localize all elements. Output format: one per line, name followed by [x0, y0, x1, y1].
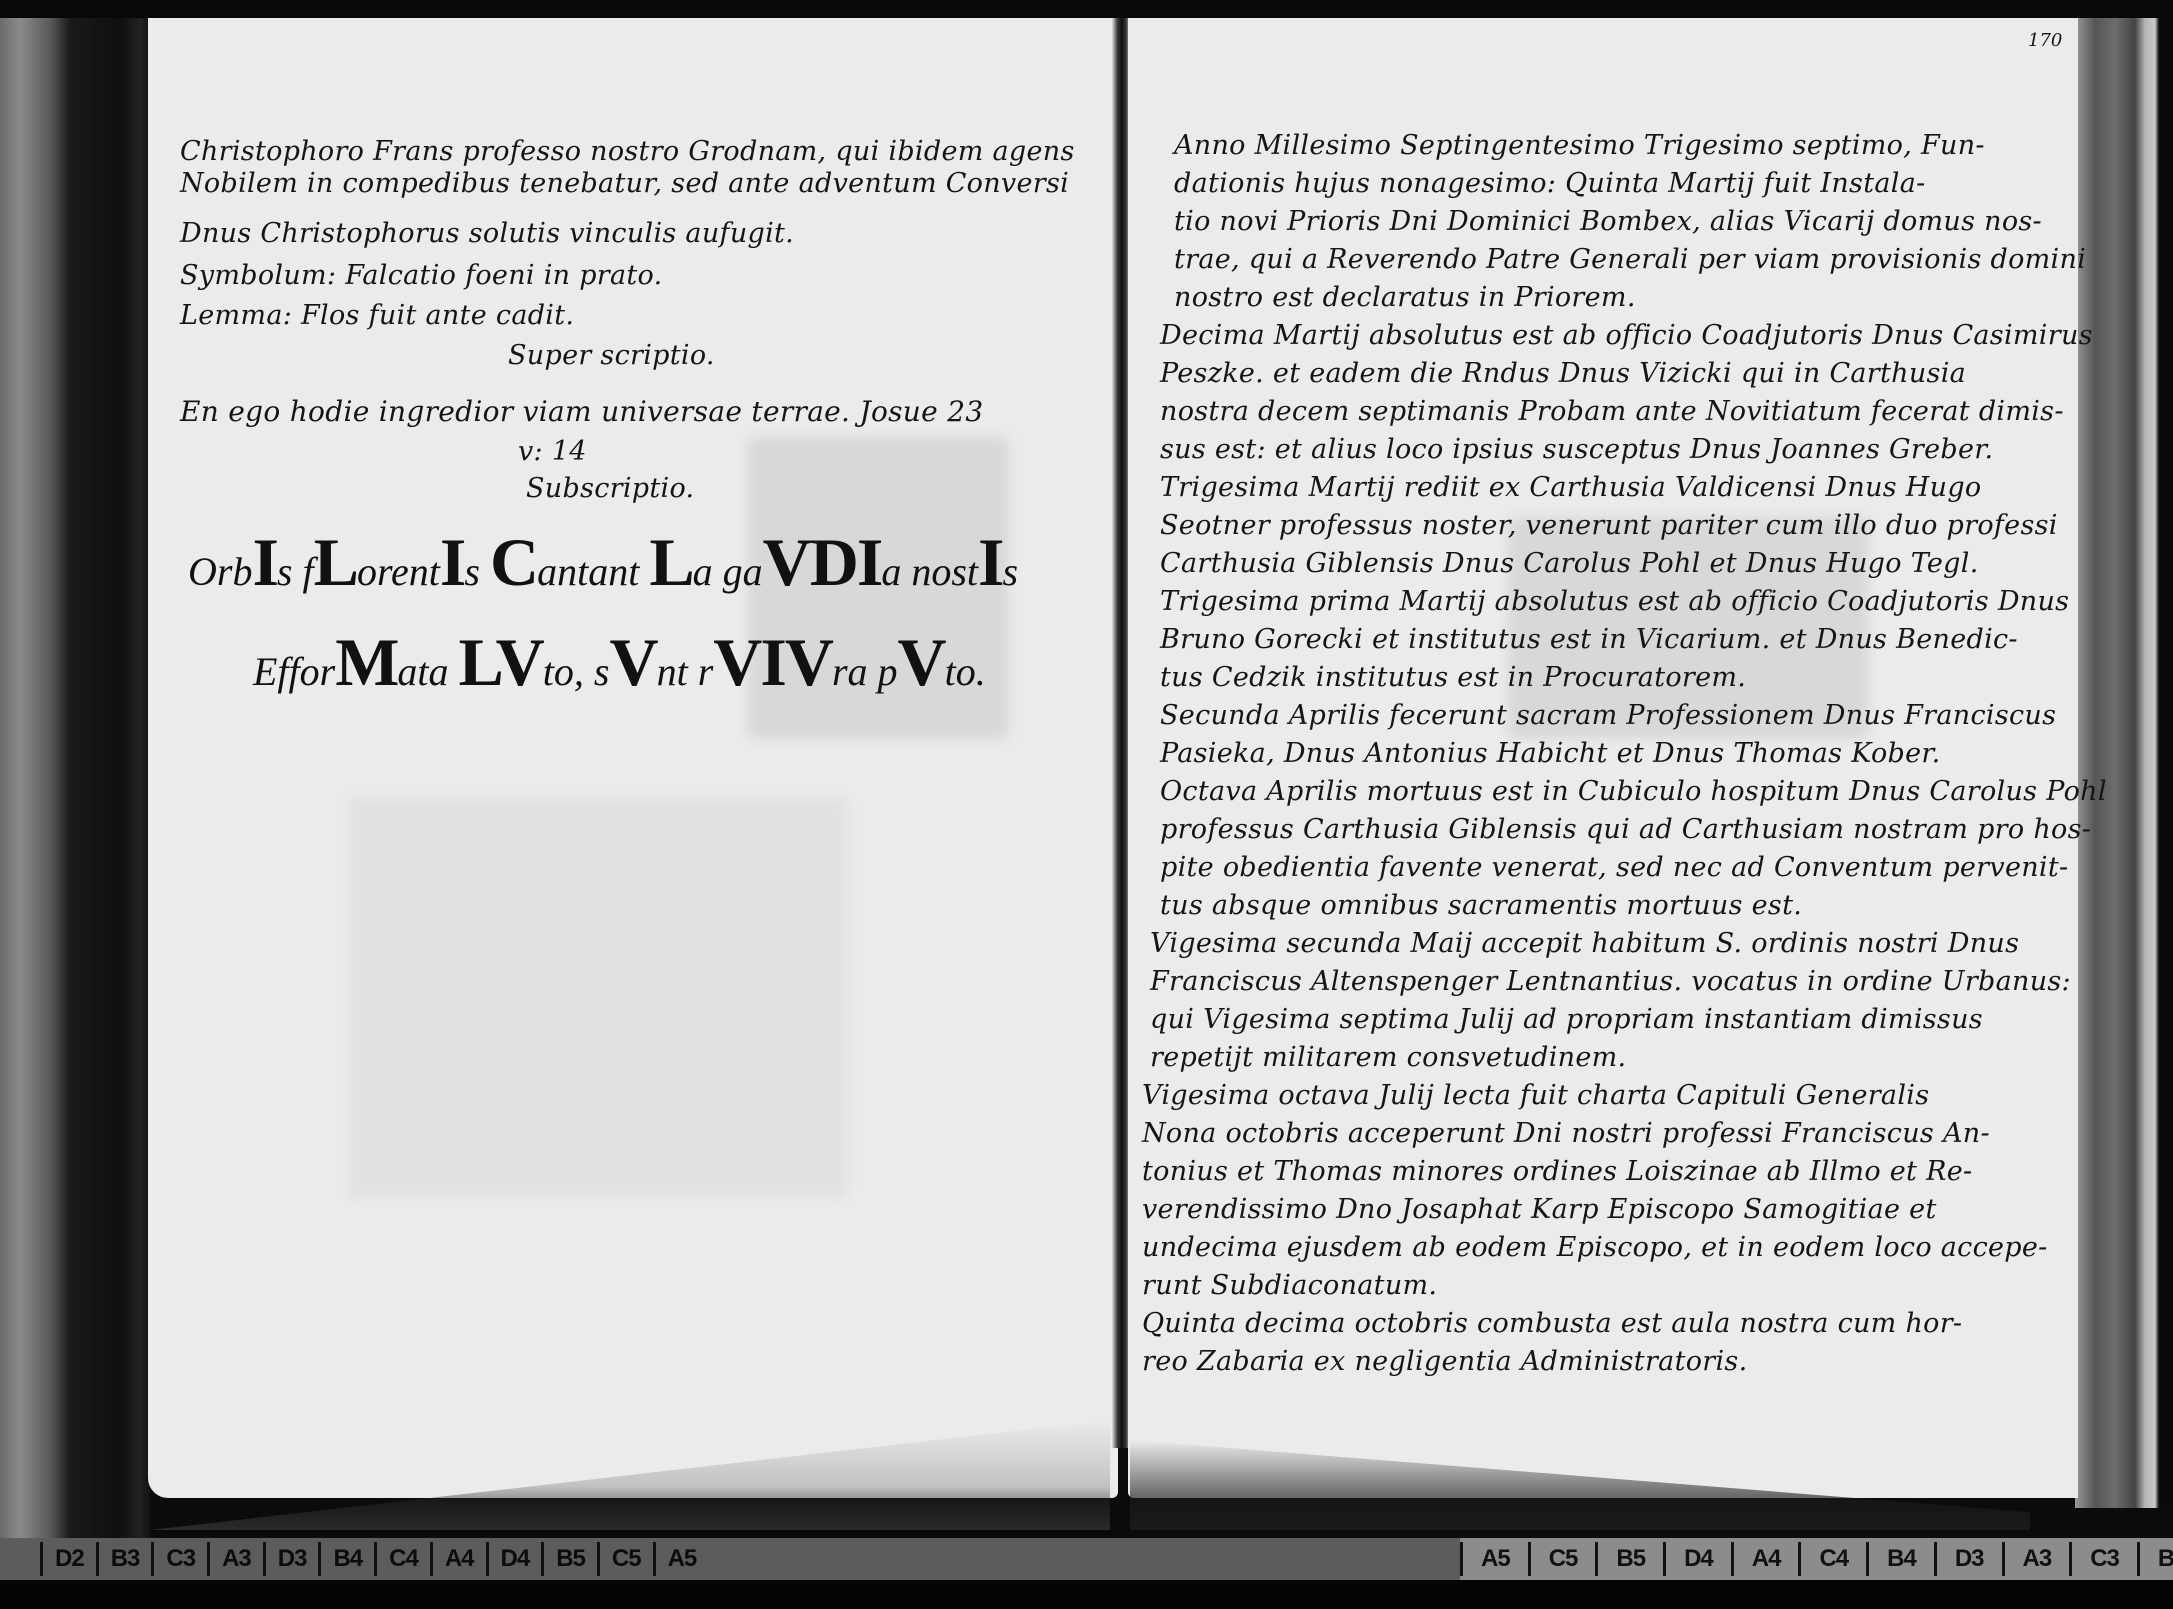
right-text-line: tio novi Prioris Dni Dominici Bombex, al… — [1174, 206, 2042, 238]
chronogram-letters: antant — [537, 549, 649, 594]
color-bar-patch-label: B4 — [1866, 1542, 1934, 1576]
scanner-top-border — [0, 0, 2173, 18]
superscriptio-text: En ego hodie ingredior viam universae te… — [180, 396, 983, 428]
right-text-line: undecima ejusdem ab eodem Episcopo, et i… — [1142, 1232, 2048, 1264]
chronogram-letters: ra p — [832, 649, 898, 694]
right-text-line: tus absque omnibus sacramentis mortuus e… — [1160, 890, 1802, 922]
right-text-line: runt Subdiaconatum. — [1142, 1270, 1437, 1302]
right-text-line: nostro est declaratus in Priorem. — [1174, 282, 1636, 314]
chronogram-letters: to. — [945, 649, 986, 694]
right-text-line: Carthusia Giblensis Dnus Carolus Pohl et… — [1160, 548, 1979, 580]
right-text-line: qui Vigesima septima Julij ad propriam i… — [1150, 1004, 1983, 1036]
right-text-line: tonius et Thomas minores ordines Loiszin… — [1142, 1156, 1972, 1188]
color-bar-patch-label: B5 — [541, 1542, 597, 1576]
color-bar-labels-right: A5C5B5D4A4C4B4D3A3C3B3D2A — [1460, 1538, 2173, 1580]
right-text-line: verendissimo Dno Josaphat Karp Episcopo … — [1142, 1194, 1937, 1226]
right-text-line: Franciscus Altenspenger Lentnantius. voc… — [1150, 966, 2071, 998]
chronogram-letters: a ga — [693, 549, 763, 594]
right-text-line: Trigesima prima Martij absolutus est ab … — [1160, 586, 2069, 618]
color-bar-patch-label: A4 — [430, 1542, 486, 1576]
right-text-line: professus Carthusia Giblensis qui ad Car… — [1160, 814, 2091, 846]
color-bar-patch-label: C3 — [151, 1542, 207, 1576]
right-text-line: trae, qui a Reverendo Patre Generali per… — [1174, 244, 2086, 276]
right-text-line: reo Zabaria ex negligentia Administrator… — [1142, 1346, 1747, 1378]
book-fore-edge-left — [0, 18, 150, 1538]
right-text-line: dationis hujus nonagesimo: Quinta Martij… — [1174, 168, 1926, 200]
scanner-bottom-border — [0, 1580, 2173, 1609]
right-text-line: Trigesima Martij rediit ex Carthusia Val… — [1160, 472, 1981, 504]
color-bar-patch-label: C5 — [1528, 1542, 1596, 1576]
color-bar-patch-label: B4 — [318, 1542, 374, 1576]
chronogram-letters: s — [464, 549, 490, 594]
right-text-line: tus Cedzik institutus est in Procuratore… — [1160, 662, 1746, 694]
color-bar-patch-label: A3 — [207, 1542, 263, 1576]
right-text-line: sus est: et alius loco ipsius susceptus … — [1160, 434, 1993, 466]
color-bar-labels-left: D2B3C3A3D3B4C4A4D4B5C5A5 — [40, 1538, 708, 1580]
left-text-line-2: Nobilem in compedibus tenebatur, sed ant… — [180, 168, 1069, 200]
right-text-line: Vigesima secunda Maij accepit habitum S.… — [1150, 928, 2019, 960]
right-text-line: Vigesima octava Julij lecta fuit charta … — [1142, 1080, 1929, 1112]
color-bar-patch-label: A3 — [2002, 1542, 2070, 1576]
color-bar-patch-label: B3 — [2137, 1542, 2173, 1576]
right-text-line: pite obedientia favente venerat, sed nec… — [1160, 852, 2068, 884]
right-text-line: Secunda Aprilis fecerunt sacram Professi… — [1160, 700, 2056, 732]
right-text-line: repetijt militarem consvetudinem. — [1150, 1042, 1626, 1074]
color-bar-patch-label: A5 — [653, 1542, 709, 1576]
chronogram-numeral: M — [335, 624, 397, 700]
color-bar-patch-label: C4 — [1798, 1542, 1866, 1576]
subscriptio-heading: Subscriptio. — [526, 473, 694, 505]
chronogram-numeral: I — [440, 524, 464, 600]
color-bar-patch-label: A4 — [1731, 1542, 1799, 1576]
chronogram-numeral: I — [252, 524, 276, 600]
color-bar-patch-label: D4 — [1663, 1542, 1731, 1576]
right-text-line: Octava Aprilis mortuus est in Cubiculo h… — [1160, 776, 2107, 808]
chronogram-numeral: V — [609, 624, 656, 700]
chronogram-line-1: OrbIs fLorentIs Cantant La gaVDIa nostIs — [188, 523, 1018, 602]
right-text-line: Peszke. et eadem die Rndus Dnus Vizicki … — [1160, 358, 1966, 390]
chronogram-numeral: V — [898, 624, 945, 700]
right-text-line: Anno Millesimo Septingentesimo Trigesimo… — [1174, 130, 1985, 162]
verse-reference: v: 14 — [518, 436, 587, 468]
left-text-line-1: Christophoro Frans professo nostro Grodn… — [180, 136, 1075, 168]
right-text-line: Nona octobris acceperunt Dni nostri prof… — [1142, 1118, 1990, 1150]
chronogram-letters: to, s — [543, 649, 610, 694]
color-bar-patch-label: C4 — [374, 1542, 430, 1576]
book-fore-edge-right — [2075, 18, 2173, 1508]
color-bar-patch-label: B5 — [1595, 1542, 1663, 1576]
chronogram-numeral: VDI — [763, 524, 882, 600]
left-page: Christophoro Frans professo nostro Grodn… — [148, 18, 1118, 1498]
chronogram-letters: ata — [397, 649, 458, 694]
chronogram-numeral: VIV — [713, 624, 832, 700]
right-text-line: Bruno Gorecki et institutus est in Vicar… — [1160, 624, 2018, 656]
superscriptio-heading: Super scriptio. — [508, 340, 715, 372]
color-bar-patch-label: D3 — [263, 1542, 319, 1576]
folio-number: 170 — [2028, 30, 2062, 51]
color-bar-patch-label: A5 — [1460, 1542, 1528, 1576]
chronogram-numeral: L — [649, 524, 692, 600]
chronogram-numeral: LV — [459, 624, 543, 700]
color-bar-patch-label: C3 — [2069, 1542, 2137, 1576]
color-bar-patch-label: B3 — [96, 1542, 152, 1576]
chronogram-letters: a nost — [881, 549, 978, 594]
chronogram-letters: orent — [357, 549, 440, 594]
chronogram-numeral: I — [978, 524, 1002, 600]
chronogram-line-2: EfforMata LVto, sVnt rVIVra pVto. — [253, 623, 986, 702]
left-text-line-3: Dnus Christophorus solutis vinculis aufu… — [180, 218, 794, 250]
right-text-line: Seotner professus noster, venerunt parit… — [1160, 510, 2058, 542]
chronogram-letters: nt r — [657, 649, 714, 694]
chronogram-numeral: C — [490, 524, 537, 600]
chronogram-letters: Effor — [253, 649, 335, 694]
chronogram-letters: s — [1003, 549, 1019, 594]
lemma-line: Lemma: Flos fuit ante cadit. — [180, 300, 574, 332]
chronogram-letters: s f — [277, 549, 314, 594]
chronogram-numeral: L — [314, 524, 357, 600]
right-text-line: Decima Martij absolutus est ab officio C… — [1160, 320, 2093, 352]
color-bar-patch-label: C5 — [597, 1542, 653, 1576]
right-text-line: Quinta decima octobris combusta est aula… — [1142, 1308, 1962, 1340]
color-bar-patch-label: D4 — [486, 1542, 542, 1576]
chronogram-letters: Orb — [188, 549, 252, 594]
color-bar-patch-label: D2 — [40, 1542, 96, 1576]
right-text-line: Pasieka, Dnus Antonius Habicht et Dnus T… — [1160, 738, 1941, 770]
right-text-line: nostra decem septimanis Probam ante Novi… — [1160, 396, 2064, 428]
symbolum-line: Symbolum: Falcatio foeni in prato. — [180, 260, 663, 292]
ink-bleed-through — [348, 798, 848, 1198]
color-bar-patch-label: D3 — [1934, 1542, 2002, 1576]
right-page: Anno Millesimo Septingentesimo Trigesimo… — [1128, 18, 2078, 1498]
